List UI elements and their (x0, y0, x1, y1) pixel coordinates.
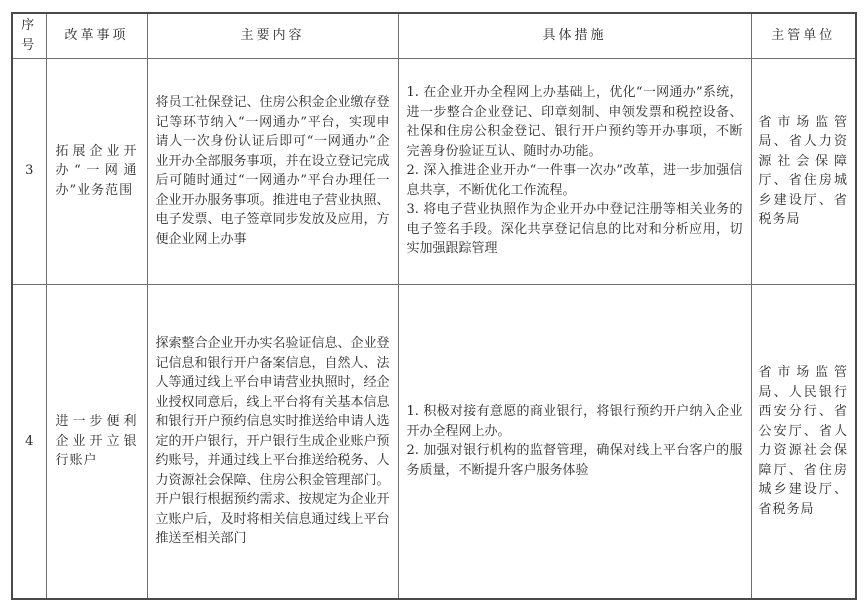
main-content-cell: 将员工社保登记、住房公积金企业缴存登记等环节纳入“一网通办”平台，实现申请人一次… (147, 58, 398, 284)
col-header-main-content: 主要内容 (147, 13, 398, 58)
measure-item: 2. 加强对银行机构的监督管理，确保对线上平台客户的服务质量，不断提升客户服务体… (407, 441, 743, 480)
col-header-reform-item: 改革事项 (46, 13, 147, 58)
table-row: 4 进一步便利企业开立银行账户 探索整合企业开办实名验证信息、企业登记信息和银行… (12, 284, 856, 599)
measures-cell: 1. 在企业开办全程网上办基础上，优化“一网通办”系统，进一步整合企业登记、印章… (398, 58, 751, 284)
col-header-index: 序号 (12, 13, 46, 58)
reform-measures-table: 序号 改革事项 主要内容 具体措施 主管单位 3 拓展企业开办“一网通办”业务范… (11, 12, 857, 600)
row-index: 3 (12, 58, 46, 284)
measure-item: 1. 在企业开办全程网上办基础上，优化“一网通办”系统，进一步整合企业登记、印章… (407, 83, 743, 161)
col-header-measures: 具体措施 (398, 13, 751, 58)
col-header-authority: 主管单位 (751, 13, 856, 58)
reform-item-cell: 拓展企业开办“一网通办”业务范围 (46, 58, 147, 284)
measure-item: 2. 深入推进企业开办“一件事一次办”改革，进一步加强信息共享，不断优化工作流程… (407, 161, 743, 200)
measures-cell: 1. 积极对接有意愿的商业银行，将银行预约开户纳入企业开办全程网上办。 2. 加… (398, 284, 751, 599)
row-index: 4 (12, 284, 46, 599)
document-page: 序号 改革事项 主要内容 具体措施 主管单位 3 拓展企业开办“一网通办”业务范… (0, 0, 866, 610)
table-row: 3 拓展企业开办“一网通办”业务范围 将员工社保登记、住房公积金企业缴存登记等环… (12, 58, 856, 284)
authority-cell: 省市场监管局、省人力资源社会保障厅、省住房城乡建设厅、省税务局 (751, 58, 856, 284)
reform-item-cell: 进一步便利企业开立银行账户 (46, 284, 147, 599)
main-content-cell: 探索整合企业开办实名验证信息、企业登记信息和银行开户备案信息，自然人、法人等通过… (147, 284, 398, 599)
measure-item: 1. 积极对接有意愿的商业银行，将银行预约开户纳入企业开办全程网上办。 (407, 402, 743, 441)
header-row: 序号 改革事项 主要内容 具体措施 主管单位 (12, 13, 856, 58)
measure-item: 3. 将电子营业执照作为企业开办中登记注册等相关业务的电子签名手段。深化共享登记… (407, 200, 743, 259)
authority-cell: 省市场监管局、人民银行西安分行、省公安厅、省人力资源社会保障厅、省住房城乡建设厅… (751, 284, 856, 599)
